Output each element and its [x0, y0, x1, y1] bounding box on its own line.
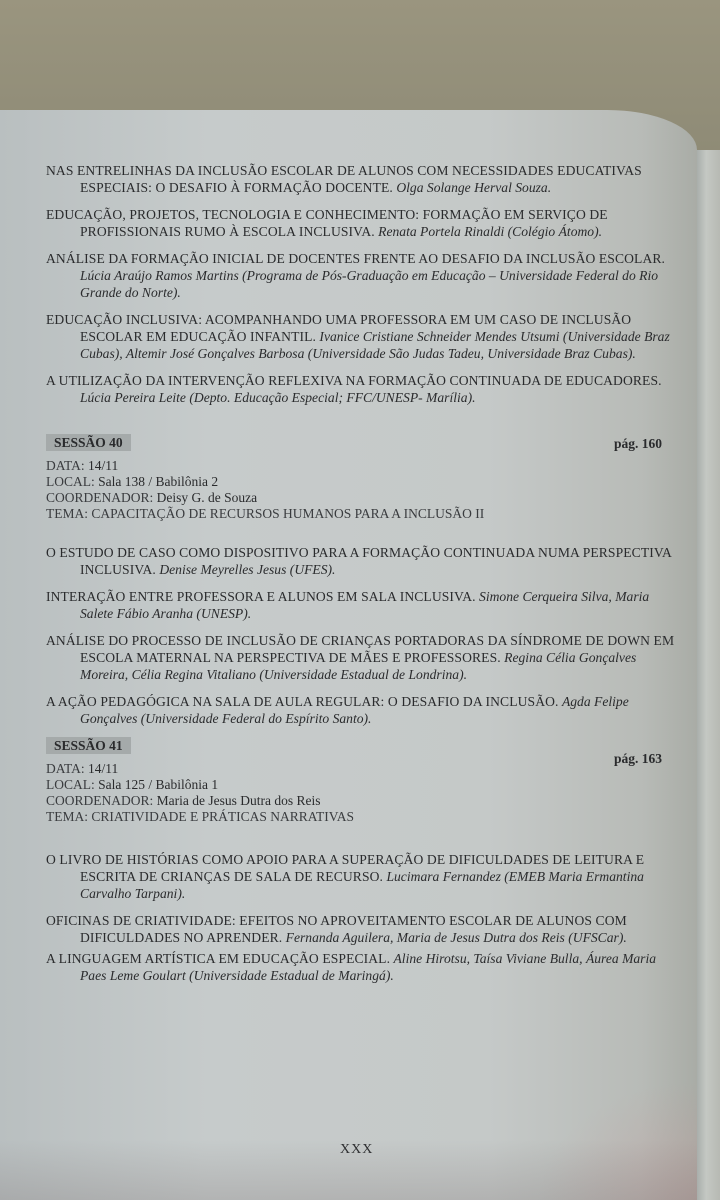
session-label: SESSÃO 40 [46, 434, 131, 451]
entry-authors: Grande do Norte). [80, 285, 181, 300]
entry: EDUCAÇÃO INCLUSIVA: ACOMPANHANDO UMA PRO… [46, 311, 720, 362]
session-header: SESSÃO 41 pág. 163 [46, 737, 720, 755]
session-meta: DATA: 14/11 LOCAL: Sala 138 / Babilônia … [46, 458, 720, 522]
entry-title: DIFICULDADES NO APRENDER. [80, 930, 282, 945]
entry-title: O LIVRO DE HISTÓRIAS COMO APOIO PARA A S… [46, 851, 720, 868]
entry-title: OFICINAS DE CRIATIVIDADE: EFEITOS NO APR… [46, 912, 720, 929]
entry-authors: Carvalho Tarpani). [80, 886, 185, 901]
session-meta: DATA: 14/11 LOCAL: Sala 125 / Babilônia … [46, 761, 720, 825]
entry-title: A AÇÃO PEDAGÓGICA NA SALA DE AULA REGULA… [46, 694, 559, 709]
entry-title: EDUCAÇÃO INCLUSIVA: ACOMPANHANDO UMA PRO… [46, 311, 720, 328]
meta-key: DATA: [46, 761, 85, 776]
entry: A LINGUAGEM ARTÍSTICA EM EDUCAÇÃO ESPECI… [46, 950, 720, 984]
entry: O LIVRO DE HISTÓRIAS COMO APOIO PARA A S… [46, 851, 720, 902]
session-theme: CRIATIVIDADE E PRÁTICAS NARRATIVAS [91, 809, 354, 824]
entry-title: INCLUSIVA. [80, 562, 156, 577]
meta-key: LOCAL: [46, 777, 95, 792]
program-listing: NAS ENTRELINHAS DA INCLUSÃO ESCOLAR DE A… [46, 162, 720, 994]
meta-key: COORDENADOR: [46, 793, 153, 808]
entry-title: EDUCAÇÃO, PROJETOS, TECNOLOGIA E CONHECI… [46, 206, 720, 223]
entry-title: ESPECIAIS: O DESAFIO À FORMAÇÃO DOCENTE. [80, 180, 393, 195]
entry-authors: Moreira, Célia Regina Vitaliano (Univers… [80, 667, 467, 682]
entry-authors: Lucimara Fernandez (EMEB Maria Ermantina [386, 869, 644, 884]
entry-title: A LINGUAGEM ARTÍSTICA EM EDUCAÇÃO ESPECI… [46, 951, 390, 966]
entry-authors: Renata Portela Rinaldi (Colégio Átomo). [378, 224, 602, 239]
meta-key: DATA: [46, 458, 85, 473]
entry-title: PROFISSIONAIS RUMO À ESCOLA INCLUSIVA. [80, 224, 375, 239]
entry-authors: Agda Felipe [562, 694, 629, 709]
entry-title: A UTILIZAÇÃO DA INTERVENÇÃO REFLEXIVA NA… [46, 372, 720, 389]
entry: OFICINAS DE CRIATIVIDADE: EFEITOS NO APR… [46, 912, 720, 946]
session-date: 14/11 [88, 458, 118, 473]
session-theme: CAPACITAÇÃO DE RECURSOS HUMANOS PARA A I… [91, 506, 484, 521]
entry-authors: Lúcia Araújo Ramos Martins (Programa de … [80, 268, 658, 283]
entry-authors: Ivanice Cristiane Schneider Mendes Utsum… [319, 329, 669, 344]
entry-authors: Fernanda Aguilera, Maria de Jesus Dutra … [286, 930, 627, 945]
entry-authors: Gonçalves (Universidade Federal do Espír… [80, 711, 371, 726]
entry-title: NAS ENTRELINHAS DA INCLUSÃO ESCOLAR DE A… [46, 162, 720, 179]
entry-authors: Simone Cerqueira Silva, Maria [479, 589, 649, 604]
session-date: 14/11 [88, 761, 118, 776]
page-reference: pág. 160 [614, 436, 662, 452]
entry-authors: Cubas), Altemir José Gonçalves Barbosa (… [80, 346, 636, 361]
entry-title: O ESTUDO DE CASO COMO DISPOSITIVO PARA A… [46, 544, 720, 561]
session-coordinator: Deisy G. de Souza [157, 490, 257, 505]
entry: ANÁLISE DO PROCESSO DE INCLUSÃO DE CRIAN… [46, 632, 720, 683]
session-label: SESSÃO 41 [46, 737, 131, 754]
meta-key: TEMA: [46, 809, 88, 824]
entry-authors: Regina Célia Gonçalves [504, 650, 636, 665]
entry-authors: Aline Hirotsu, Taísa Viviane Bulla, Áure… [394, 951, 657, 966]
session-location: Sala 138 / Babilônia 2 [98, 474, 218, 489]
entry-title: ANÁLISE DO PROCESSO DE INCLUSÃO DE CRIAN… [46, 632, 720, 649]
entry: EDUCAÇÃO, PROJETOS, TECNOLOGIA E CONHECI… [46, 206, 720, 240]
entry-authors: Salete Fábio Aranha (UNESP). [80, 606, 251, 621]
entry-authors: Olga Solange Herval Souza. [396, 180, 551, 195]
meta-key: COORDENADOR: [46, 490, 153, 505]
entry: O ESTUDO DE CASO COMO DISPOSITIVO PARA A… [46, 544, 720, 578]
entry-authors: Lúcia Pereira Leite (Depto. Educação Esp… [80, 390, 476, 405]
entry-title: ESCOLA MATERNAL NA PERSPECTIVA DE MÃES E… [80, 650, 501, 665]
entry-authors: Denise Meyrelles Jesus (UFES). [159, 562, 335, 577]
entry-title: ANÁLISE DA FORMAÇÃO INICIAL DE DOCENTES … [46, 250, 720, 267]
entry-authors: Paes Leme Goulart (Universidade Estadual… [80, 968, 394, 983]
entry: INTERAÇÃO ENTRE PROFESSORA E ALUNOS EM S… [46, 588, 720, 622]
session-location: Sala 125 / Babilônia 1 [98, 777, 218, 792]
entry-title: INTERAÇÃO ENTRE PROFESSORA E ALUNOS EM S… [46, 589, 476, 604]
meta-key: TEMA: [46, 506, 88, 521]
entry: A AÇÃO PEDAGÓGICA NA SALA DE AULA REGULA… [46, 693, 720, 727]
session-header: SESSÃO 40 pág. 160 [46, 434, 720, 452]
session-coordinator: Maria de Jesus Dutra dos Reis [157, 793, 321, 808]
entry: NAS ENTRELINHAS DA INCLUSÃO ESCOLAR DE A… [46, 162, 720, 196]
entry-title: ESCRITA DE CRIANÇAS DE SALA DE RECURSO. [80, 869, 383, 884]
meta-key: LOCAL: [46, 474, 95, 489]
entry-title: ESCOLAR EM EDUCAÇÃO INFANTIL. [80, 329, 316, 344]
entry: ANÁLISE DA FORMAÇÃO INICIAL DE DOCENTES … [46, 250, 720, 301]
page-reference: pág. 163 [614, 751, 662, 767]
entry: A UTILIZAÇÃO DA INTERVENÇÃO REFLEXIVA NA… [46, 372, 720, 406]
page-number: XXX [340, 1142, 373, 1158]
